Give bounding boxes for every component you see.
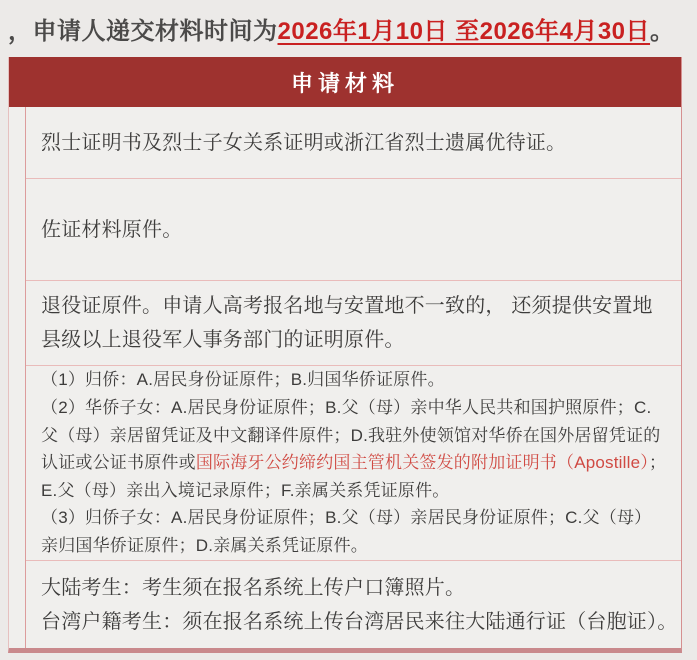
table-text-line: 县级以上退役军人事务部门的证明原件。: [41, 323, 669, 357]
table-text-line: （3）归侨子女：A.居民身份证原件；B.父（母）亲居民身份证原件；C.父（母）: [41, 504, 669, 532]
table-text-line: 台湾户籍考生：须在报名系统上传台湾居民来往大陆通行证（台胞证）。: [41, 605, 669, 639]
table-text-line: 认证或公证书原件或国际海牙公约缔约国主管机关签发的附加证明书（Apostille…: [41, 449, 669, 477]
table-text-line: E.父（母）亲出入境记录原件；F.亲属关系凭证原件。: [41, 477, 669, 505]
text-run: 退役证原件。申请人高考报名地与安置地不一致的， 还须提供安置地: [41, 295, 653, 317]
text-run: E.父（母）亲出入境记录原件；F.亲属关系凭证原件。: [41, 481, 449, 500]
text-run: 台湾户籍考生：须在报名系统上传台湾居民来往大陆通行证（台胞证）。: [41, 611, 677, 633]
text-run: 父（母）亲居留凭证及中文翻译件原件；D.我驻外使领馆对华侨在国外居留凭证的: [41, 426, 660, 445]
text-run: ，申请人递交材料时间为: [8, 11, 278, 46]
table-text-line: （2）华侨子女：A.居民身份证原件；B.父（母）亲中华人民共和国护照原件；C.: [41, 394, 669, 422]
text-run: （2）华侨子女：A.居民身份证原件；B.父（母）亲中华人民共和国护照原件；C.: [41, 398, 651, 417]
row-overseas-chinese: （1）归侨：A.居民身份证原件；B.归国华侨证原件。（2）华侨子女：A.居民身份…: [26, 365, 681, 560]
table-rows: 烈士证明书及烈士子女关系证明或浙江省烈士遗属优待证。佐证材料原件。退役证原件。申…: [26, 107, 681, 648]
table-text-line: 父（母）亲居留凭证及中文翻译件原件；D.我驻外使领馆对华侨在国外居留凭证的: [41, 422, 669, 450]
table-text-line: （1）归侨：A.居民身份证原件；B.归国华侨证原件。: [41, 366, 669, 394]
date-range-text: 2026年1月10日 至2026年4月30日: [278, 11, 651, 46]
row-supporting-materials: 佐证材料原件。: [26, 178, 681, 280]
table-body: 烈士证明书及烈士子女关系证明或浙江省烈士遗属优待证。佐证材料原件。退役证原件。申…: [9, 107, 681, 648]
text-run: 大陆考生：考生须在报名系统上传户口簿照片。: [41, 577, 465, 599]
left-spacer-column: [9, 107, 26, 648]
row-martyr-certificate: 烈士证明书及烈士子女关系证明或浙江省烈士遗属优待证。: [26, 107, 681, 178]
table-text-line: 佐证材料原件。: [41, 213, 669, 247]
table-text-line: 烈士证明书及烈士子女关系证明或浙江省烈士遗属优待证。: [41, 126, 669, 160]
text-run: 认证或公证书原件或: [41, 453, 196, 472]
text-run: 佐证材料原件。: [41, 219, 182, 241]
intro-line: ，申请人递交材料时间为2026年1月10日 至2026年4月30日。: [0, 0, 697, 57]
table-text-line: 退役证原件。申请人高考报名地与安置地不一致的， 还须提供安置地: [41, 289, 669, 323]
table-title: 申请材料: [9, 57, 681, 107]
text-run: 。: [650, 11, 675, 46]
apostille-highlight-text: 国际海牙公约缔约国主管机关签发的附加证明书（Apostille）: [196, 453, 649, 472]
row-household-registration: 大陆考生：考生须在报名系统上传户口簿照片。台湾户籍考生：须在报名系统上传台湾居民…: [26, 560, 681, 648]
table-text-line: 大陆考生：考生须在报名系统上传户口簿照片。: [41, 571, 669, 605]
row-veteran-certificate: 退役证原件。申请人高考报名地与安置地不一致的， 还须提供安置地县级以上退役军人事…: [26, 280, 681, 365]
text-run: （3）归侨子女：A.居民身份证原件；B.父（母）亲居民身份证原件；C.父（母）: [41, 508, 651, 527]
text-run: 县级以上退役军人事务部门的证明原件。: [41, 329, 405, 351]
table-text-line: 亲归国华侨证原件；D.亲属关系凭证原件。: [41, 532, 669, 560]
application-materials-table: 申请材料 烈士证明书及烈士子女关系证明或浙江省烈士遗属优待证。佐证材料原件。退役…: [8, 57, 682, 653]
text-run: 亲归国华侨证原件；D.亲属关系凭证原件。: [41, 536, 368, 555]
text-run: 烈士证明书及烈士子女关系证明或浙江省烈士遗属优待证。: [41, 132, 566, 154]
text-run: （1）归侨：A.居民身份证原件；B.归国华侨证原件。: [41, 370, 445, 389]
text-run: ；: [649, 453, 666, 472]
